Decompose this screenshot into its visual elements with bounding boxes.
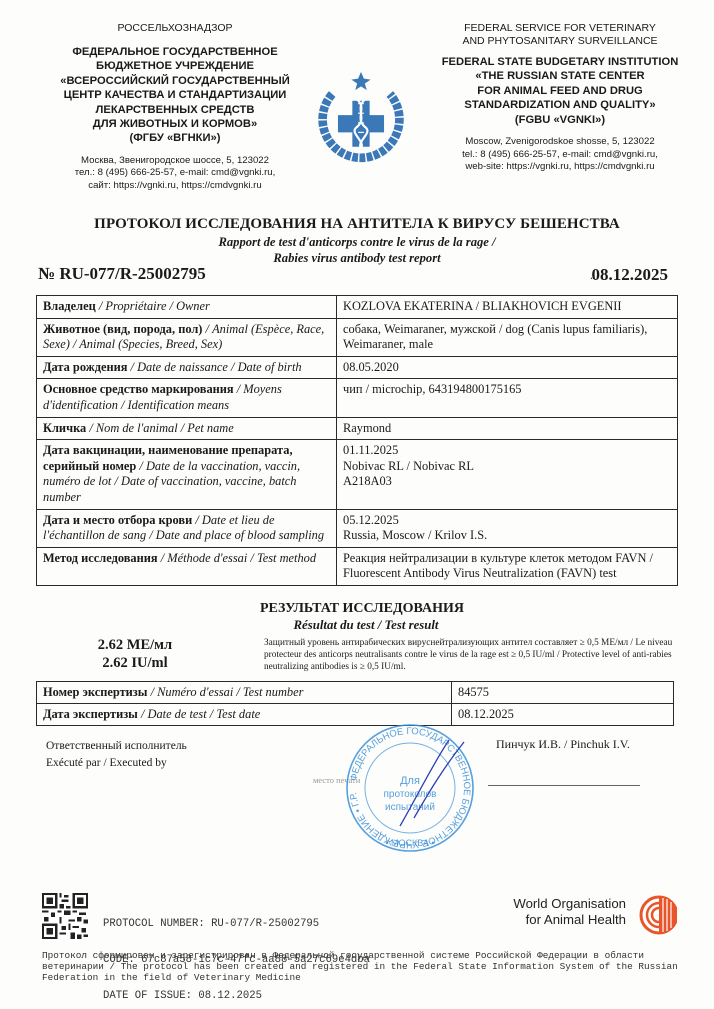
label-ru: Дата экспертизы [43, 707, 138, 721]
test-method-line: Fluorescent Antibody Virus Neutralizatio… [343, 566, 671, 582]
label-fr-en: / Date de test / Test date [138, 707, 260, 721]
institution-line: ДЛЯ ЖИВОТНЫХ И КОРМОВ» [40, 117, 310, 131]
row-label: Дата вакцинации, наименование препарата,… [37, 440, 337, 509]
svg-text:Для: Для [400, 775, 420, 787]
row-value: 05.12.2025Russia, Moscow / Krilov I.S. [337, 509, 678, 547]
label-fr-en: / Propriétaire / Owner [96, 299, 210, 313]
institution-line: ФЕДЕРАЛЬНОЕ ГОСУДАРСТВЕННОЕ [40, 45, 310, 59]
birthdate-value: 08.05.2020 [343, 360, 671, 376]
animal-value-line: Weimaraner, male [343, 337, 671, 353]
executed-by-fr-en: Exécuté par / Executed by [46, 755, 187, 772]
pet-name-value: Raymond [343, 421, 671, 437]
agency-line: AND PHYTOSANITARY SURVEILLANCE [420, 35, 700, 48]
document-title: ПРОТОКОЛ ИССЛЕДОВАНИЯ НА АНТИТЕЛА К ВИРУ… [0, 216, 714, 266]
label-ru: Дата рождения [43, 360, 127, 374]
agency-name-ru: РОССЕЛЬХОЗНАДЗОР [40, 22, 310, 35]
executed-by-ru: Ответственный исполнитель [46, 738, 187, 755]
sampling-date: 05.12.2025 [343, 513, 671, 529]
svg-text:• МОСКВА •: • МОСКВА • [385, 838, 434, 848]
official-stamp-icon: ФЕДЕРАЛЬНОЕ ГОСУДАРСТВЕННОЕ БЮДЖЕТНОЕ УЧ… [344, 722, 476, 854]
institution-line: FOR ANIMAL FEED AND DRUG [420, 84, 700, 98]
test-info-table: Номер экспертизы / Numéro d'essai / Test… [36, 681, 674, 726]
test-date-value: 08.12.2025 [452, 704, 674, 726]
result-values: 2.62 МЕ/мл 2.62 IU/ml [80, 636, 190, 672]
vaccination-date: 01.11.2025 [343, 443, 671, 459]
meta-issue-date: DATE OF ISSUE: 08.12.2025 [103, 990, 370, 1002]
meta-protocol-number: PROTOCOL NUMBER: RU-077/R-25002795 [103, 918, 370, 930]
row-label: Дата рождения / Date de naissance / Date… [37, 356, 337, 379]
title-ru: ПРОТОКОЛ ИССЛЕДОВАНИЯ НА АНТИТЕЛА К ВИРУ… [0, 216, 714, 233]
animal-details-table: Владелец / Propriétaire / Owner KOZLOVA … [36, 295, 678, 586]
woah-logo-icon [637, 893, 677, 937]
address-line: tel.: 8 (495) 666-25-57, e-mail: cmd@vgn… [420, 149, 700, 162]
result-title-fr-en: Résultat du test / Test result [0, 617, 714, 633]
institution-line: FEDERAL STATE BUDGETARY INSTITUTION [420, 55, 700, 69]
result-value-ru: 2.62 МЕ/мл [80, 636, 190, 654]
signature-line [488, 785, 640, 786]
label-fr-en: / Numéro d'essai / Test number [147, 685, 303, 699]
address-line: тел.: 8 (495) 666-25-57, e-mail: cmd@vgn… [40, 167, 310, 180]
address-line: сайт: https://vgnki.ru, https://cmdvgnki… [40, 180, 310, 193]
result-heading: РЕЗУЛЬТАТ ИССЛЕДОВАНИЯ Résultat du test … [0, 601, 714, 633]
header-left-russian: РОССЕЛЬХОЗНАДЗОР ФЕДЕРАЛЬНОЕ ГОСУДАРСТВЕ… [40, 22, 310, 192]
protocol-date: 08.12.2025 [592, 265, 669, 285]
title-fr: Rapport de test d'anticorps contre le vi… [0, 234, 714, 250]
address-en: Moscow, Zvenigorodskoe shosse, 5, 123022… [420, 136, 700, 174]
label-ru: Номер экспертизы [43, 685, 147, 699]
executor-name: Пинчук И.В. / Pinchuk I.V. [496, 737, 630, 752]
table-row-vaccination: Дата вакцинации, наименование препарата,… [37, 440, 678, 509]
label-ru: Метод исследования [43, 551, 158, 565]
test-method-line: Реакция нейтрализации в культуре клеток … [343, 551, 671, 567]
woah-line: for Animal Health [494, 912, 626, 928]
institution-line: ЦЕНТР КАЧЕСТВА И СТАНДАРТИЗАЦИИ [40, 88, 310, 102]
table-row-pet-name: Кличка / Nom de l'animal / Pet name Raym… [37, 417, 678, 440]
institution-line: «THE RUSSIAN STATE CENTER [420, 69, 700, 83]
row-value: собака, Weimaraner, мужской / dog (Canis… [337, 318, 678, 356]
microchip-value: чип / microchip, 643194800175165 [343, 382, 671, 398]
address-ru: Москва, Звенигородское шоссе, 5, 123022 … [40, 155, 310, 193]
institution-line: STANDARDIZATION AND QUALITY» [420, 98, 700, 112]
institution-line: (ФГБУ «ВГНКИ») [40, 131, 310, 145]
institution-line: «ВСЕРОССИЙСКИЙ ГОСУДАРСТВЕННЫЙ [40, 74, 310, 88]
sampling-place: Russia, Moscow / Krilov I.S. [343, 528, 671, 544]
label-fr-en: / Date de naissance / Date of birth [127, 360, 301, 374]
row-value: 08.05.2020 [337, 356, 678, 379]
row-label: Дата и место отбора крови / Date et lieu… [37, 509, 337, 547]
result-value-en: 2.62 IU/ml [80, 654, 190, 672]
address-line: Москва, Звенигородское шоссе, 5, 123022 [40, 155, 310, 168]
label-ru: Владелец [43, 299, 96, 313]
table-row-test-method: Метод исследования / Méthode d'essai / T… [37, 547, 678, 585]
vgnki-emblem-icon [312, 70, 410, 166]
label-ru: Животное (вид, порода, пол) [43, 322, 202, 336]
row-value: Raymond [337, 417, 678, 440]
institution-line: (FGBU «VGNKI») [420, 113, 700, 127]
table-row-test-number: Номер экспертизы / Numéro d'essai / Test… [37, 682, 674, 704]
test-number-value: 84575 [452, 682, 674, 704]
table-row-birthdate: Дата рождения / Date de naissance / Date… [37, 356, 678, 379]
result-title-ru: РЕЗУЛЬТАТ ИССЛЕДОВАНИЯ [0, 601, 714, 617]
owner-value: KOZLOVA EKATERINA / BLIAKHOVICH EVGENII [343, 299, 671, 315]
institution-name-ru: ФЕДЕРАЛЬНОЕ ГОСУДАРСТВЕННОЕ БЮДЖЕТНОЕ УЧ… [40, 45, 310, 146]
table-row-identification: Основное средство маркирования / Moyens … [37, 379, 678, 417]
protocol-number: № RU-077/R-25002795 [38, 264, 206, 284]
row-value: KOZLOVA EKATERINA / BLIAKHOVICH EVGENII [337, 296, 678, 319]
executed-by-label: Ответственный исполнитель Exécuté par / … [46, 738, 187, 772]
row-label: Основное средство маркирования / Moyens … [37, 379, 337, 417]
row-label: Кличка / Nom de l'animal / Pet name [37, 417, 337, 440]
row-value: 01.11.2025Nobivac RL / Nobivac RLA218A03 [337, 440, 678, 509]
row-value: Реакция нейтрализации в культуре клеток … [337, 547, 678, 585]
header-right-english: FEDERAL SERVICE FOR VETERINARY AND PHYTO… [420, 22, 700, 174]
table-row-animal: Животное (вид, порода, пол) / Animal (Es… [37, 318, 678, 356]
qr-code-icon[interactable] [42, 893, 88, 939]
label-fr-en: / Méthode d'essai / Test method [158, 551, 316, 565]
table-row-blood-sampling: Дата и место отбора крови / Date et lieu… [37, 509, 678, 547]
batch-number: A218A03 [343, 474, 671, 490]
institution-name-en: FEDERAL STATE BUDGETARY INSTITUTION «THE… [420, 55, 700, 127]
institution-line: ЛЕКАРСТВЕННЫХ СРЕДСТВ [40, 103, 310, 117]
protective-level-note: Защитный уровень антирабических вирусней… [264, 637, 679, 673]
row-label: Номер экспертизы / Numéro d'essai / Test… [37, 682, 452, 704]
label-fr-en: / Nom de l'animal / Pet name [86, 421, 234, 435]
row-value: чип / microchip, 643194800175165 [337, 379, 678, 417]
registration-note: Протокол сформирован и зарегистрирован в… [42, 950, 682, 983]
label-ru: Кличка [43, 421, 86, 435]
address-line: web-site: https://vgnki.ru, https://cmdv… [420, 161, 700, 174]
institution-line: БЮДЖЕТНОЕ УЧРЕЖДЕНИЕ [40, 59, 310, 73]
woah-wordmark: World Organisation for Animal Health [494, 896, 626, 928]
table-row-owner: Владелец / Propriétaire / Owner KOZLOVA … [37, 296, 678, 319]
row-label: Метод исследования / Méthode d'essai / T… [37, 547, 337, 585]
vaccine-name: Nobivac RL / Nobivac RL [343, 459, 671, 475]
address-line: Moscow, Zvenigorodskoe shosse, 5, 123022 [420, 136, 700, 149]
row-label: Владелец / Propriétaire / Owner [37, 296, 337, 319]
agency-name-en: FEDERAL SERVICE FOR VETERINARY AND PHYTO… [420, 22, 700, 48]
label-ru: Основное средство маркирования [43, 382, 234, 396]
woah-line: World Organisation [494, 896, 626, 912]
agency-line: FEDERAL SERVICE FOR VETERINARY [420, 22, 700, 35]
row-label: Животное (вид, порода, пол) / Animal (Es… [37, 318, 337, 356]
animal-value-line: собака, Weimaraner, мужской / dog (Canis… [343, 322, 671, 338]
label-ru: Дата и место отбора крови [43, 513, 192, 527]
